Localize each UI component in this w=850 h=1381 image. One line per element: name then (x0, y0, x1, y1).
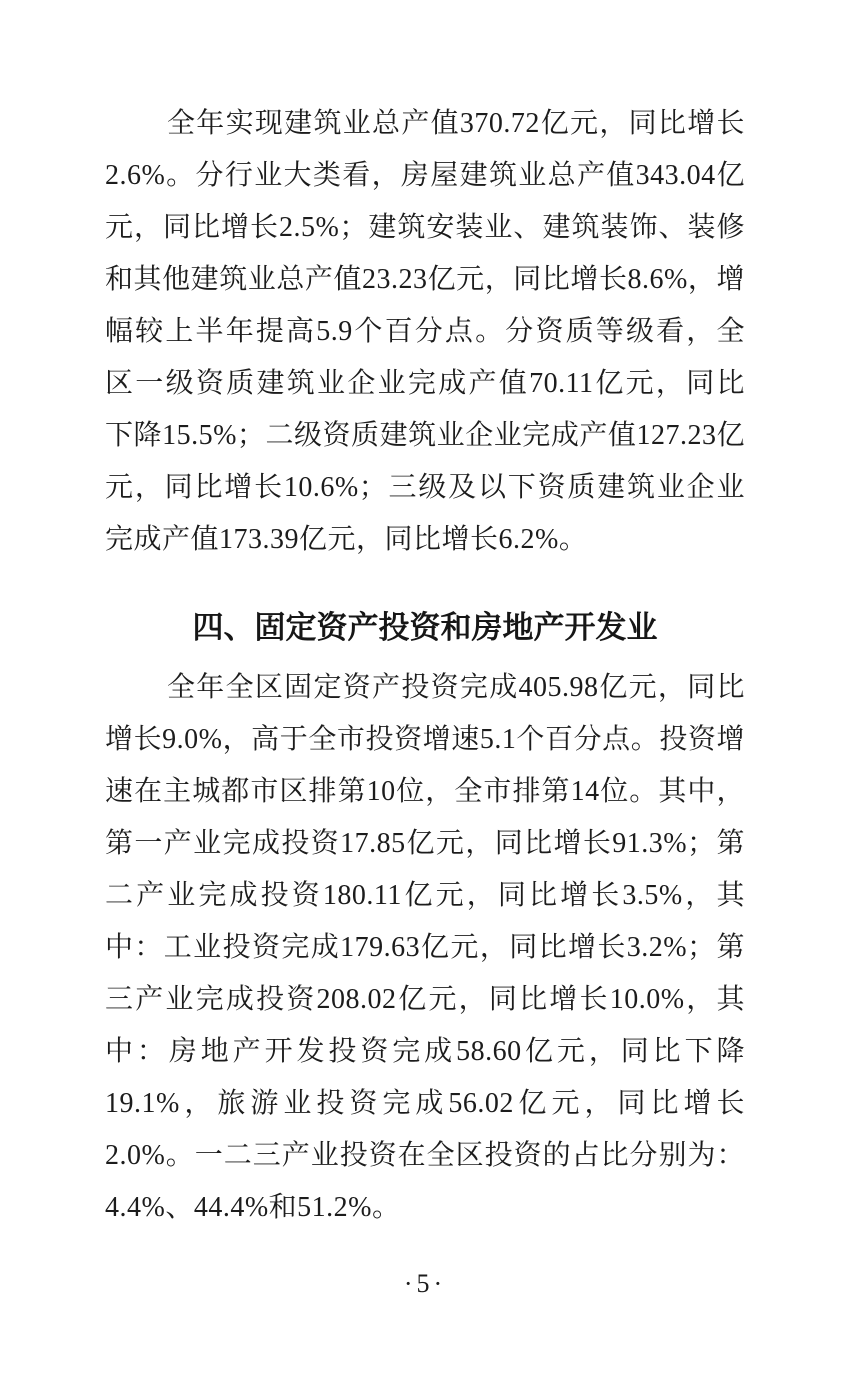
text-line: 全年全区固定资产投资完成405.98亿元，同比 (105, 662, 745, 714)
text-line: 元，同比增长2.5%；建筑安装业、建筑装饰、装修 (105, 202, 745, 254)
text-line: 第一产业完成投资17.85亿元，同比增长91.3%；第 (105, 818, 745, 870)
section-heading-fixed-asset-investment: 四、固定资产投资和房地产开发业 (105, 600, 745, 656)
text-line: 速在主城都市区排第10位，全市排第14位。其中， (105, 766, 745, 818)
text-line: 三产业完成投资208.02亿元，同比增长10.0%，其 (105, 974, 745, 1026)
text-line: 和其他建筑业总产值23.23亿元，同比增长8.6%，增 (105, 254, 745, 306)
text-line: 中：工业投资完成179.63亿元，同比增长3.2%；第 (105, 922, 745, 974)
text-line: 完成产值173.39亿元，同比增长6.2%。 (105, 514, 745, 566)
paragraph-fixed-asset-investment: 全年全区固定资产投资完成405.98亿元，同比 增长9.0%，高于全市投资增速5… (105, 662, 745, 1234)
text-line: 下降15.5%；二级资质建筑业企业完成产值127.23亿 (105, 410, 745, 462)
text-line: 2.6%。分行业大类看，房屋建筑业总产值343.04亿 (105, 150, 745, 202)
text-line: 19.1%，旅游业投资完成56.02亿元，同比增长 (105, 1078, 745, 1130)
text-line: 4.4%、44.4%和51.2%。 (105, 1182, 745, 1234)
text-line: 幅较上半年提高5.9个百分点。分资质等级看，全 (105, 306, 745, 358)
document-page: 全年实现建筑业总产值370.72亿元，同比增长 2.6%。分行业大类看，房屋建筑… (0, 0, 850, 1381)
text-line: 增长9.0%，高于全市投资增速5.1个百分点。投资增 (105, 714, 745, 766)
text-line: 2.0%。一二三产业投资在全区投资的占比分别为： (105, 1130, 745, 1182)
text-line: 中：房地产开发投资完成58.60亿元，同比下降 (105, 1026, 745, 1078)
paragraph-construction-output: 全年实现建筑业总产值370.72亿元，同比增长 2.6%。分行业大类看，房屋建筑… (105, 98, 745, 566)
text-line: 元，同比增长10.6%；三级及以下资质建筑业企业 (105, 462, 745, 514)
page-number: ·5· (105, 1264, 745, 1304)
text-line: 二产业完成投资180.11亿元，同比增长3.5%，其 (105, 870, 745, 922)
text-line: 全年实现建筑业总产值370.72亿元，同比增长 (105, 98, 745, 150)
text-line: 区一级资质建筑业企业完成产值70.11亿元，同比 (105, 358, 745, 410)
